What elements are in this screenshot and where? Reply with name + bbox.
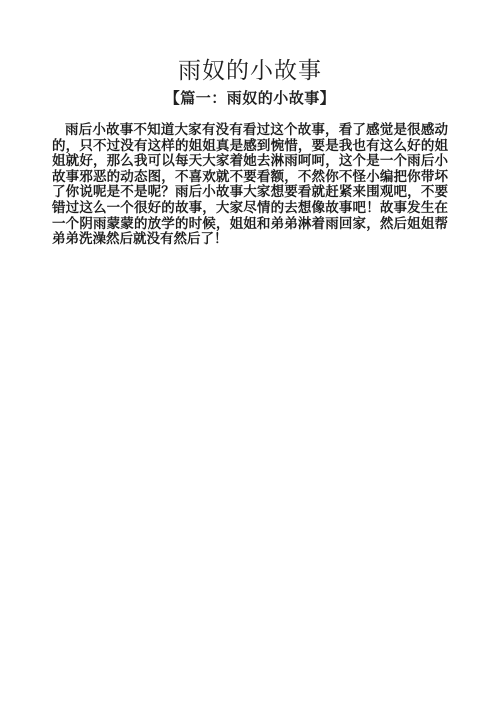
section-heading: 【篇一：雨奴的小故事】 [52,90,448,108]
body-paragraph: 雨后小故事不知道大家有没有看过这个故事，看了感觉是很感动的，只不过没有这样的姐姐… [52,122,448,247]
document-page: 雨奴的小故事 【篇一：雨奴的小故事】 雨后小故事不知道大家有没有看过这个故事，看… [0,0,496,702]
document-title: 雨奴的小故事 [52,57,448,85]
